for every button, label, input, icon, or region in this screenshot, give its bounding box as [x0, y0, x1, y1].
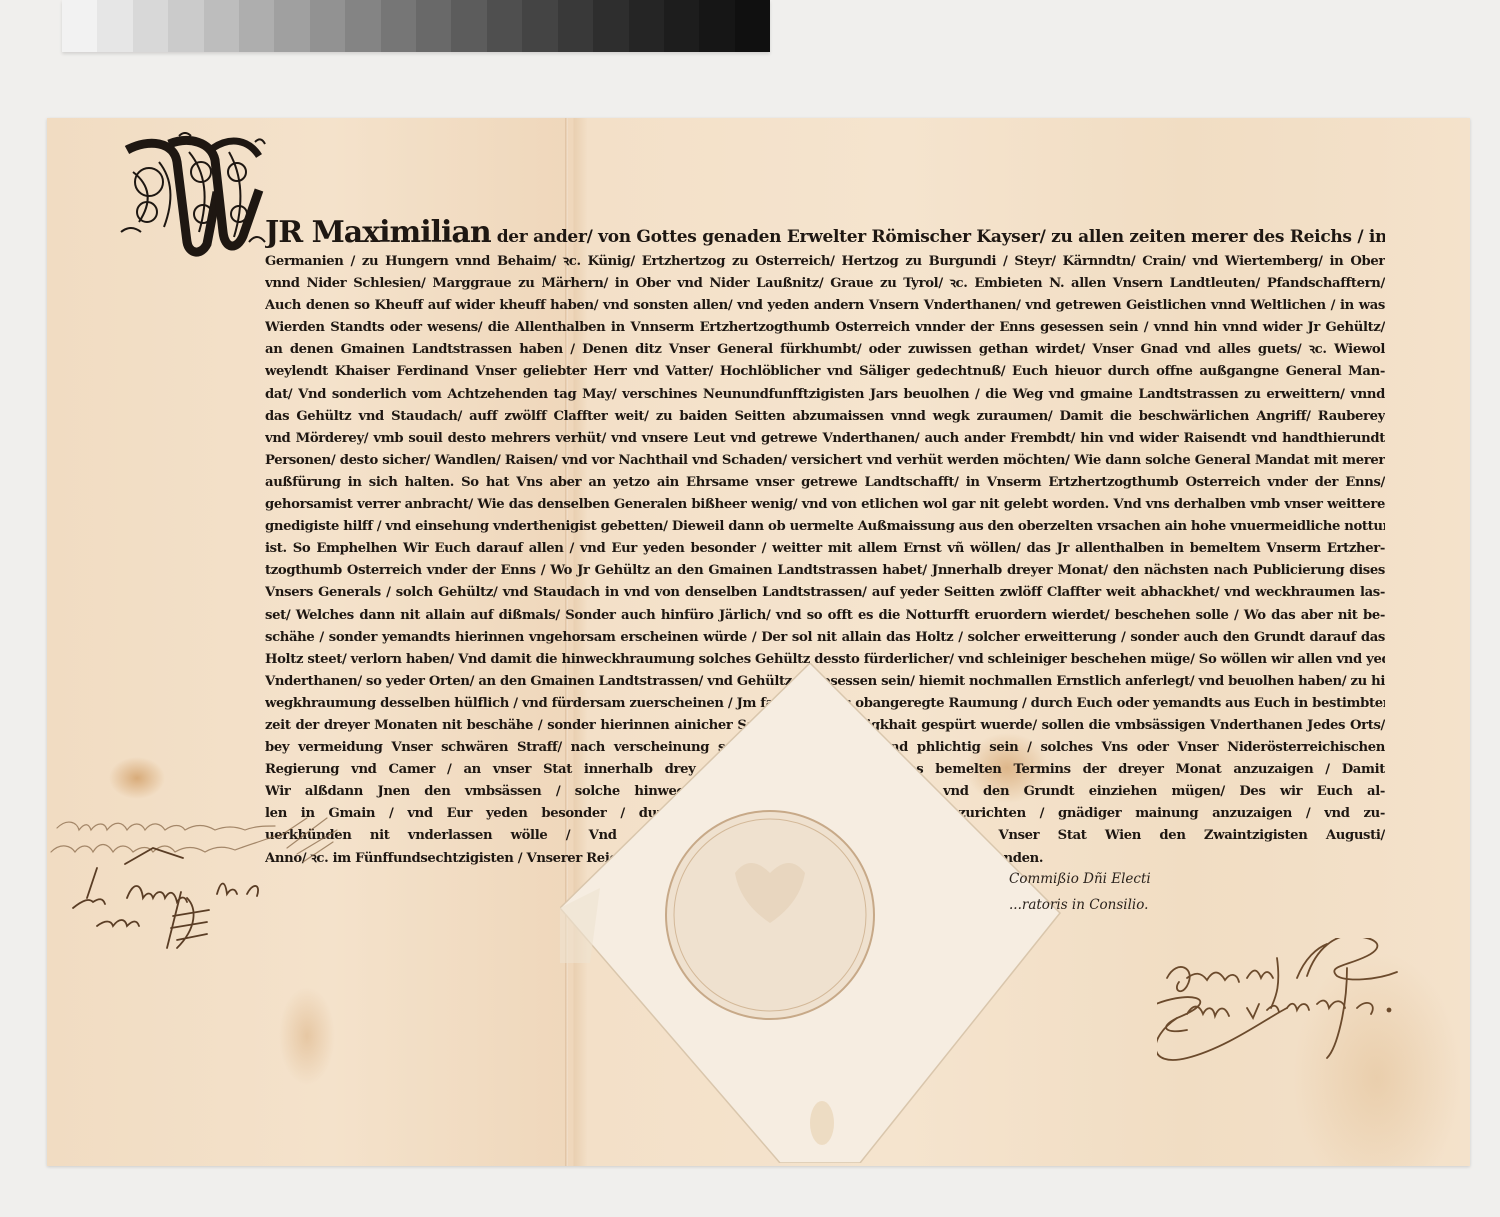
- text-line: vnnd Nider Schlesien/ Marggraue zu Märhe…: [265, 273, 1385, 295]
- seal-cover-flap: [560, 663, 1070, 1163]
- grayscale-calibration-strip: [62, 0, 770, 52]
- opening-line: JR Maximiliander ander/ von Gottes genad…: [265, 215, 1385, 251]
- signature-right: [1157, 938, 1457, 1088]
- text-line: dat/ Vnd sonderlich vom Achtzehenden tag…: [265, 384, 1385, 406]
- grayscale-step: [62, 0, 97, 52]
- text-line: Vnsers Generals / solch Gehültz/ vnd Sta…: [265, 582, 1385, 604]
- grayscale-step: [345, 0, 380, 52]
- commission-note: Commißio Dñi Electi ...ratoris in Consil…: [1009, 866, 1151, 918]
- text-line: ist. So Emphelhen Wir Euch darauf allen …: [265, 538, 1385, 560]
- grayscale-step: [310, 0, 345, 52]
- commission-line-2: ...ratoris in Consilio.: [1009, 892, 1151, 918]
- opening-words: JR Maximilian: [265, 215, 491, 250]
- grayscale-step: [451, 0, 486, 52]
- grayscale-step: [204, 0, 239, 52]
- grayscale-step: [735, 0, 770, 52]
- grayscale-step: [97, 0, 132, 52]
- grayscale-step: [593, 0, 628, 52]
- text-line: Auch denen so Kheuff auf wider kheuff ha…: [265, 295, 1385, 317]
- text-line: das Gehültz vnd Staudach/ auff zwölff Cl…: [265, 406, 1385, 428]
- text-line: schähe / sonder yemandts hierinnen vngeh…: [265, 627, 1385, 649]
- text-line: gehorsamist verrer anbracht/ Wie das den…: [265, 494, 1385, 516]
- text-line: tzogthumb Osterreich vnder der Enns / Wo…: [265, 560, 1385, 582]
- text-line: Wierden Standts oder wesens/ die Allenth…: [265, 317, 1385, 339]
- signature-left: [47, 798, 367, 968]
- grayscale-step: [416, 0, 451, 52]
- text-line: außfürung in sich halten. So hat Vns abe…: [265, 472, 1385, 494]
- grayscale-step: [558, 0, 593, 52]
- text-line: der ander/ von Gottes genaden Erwelter R…: [497, 227, 1385, 247]
- commission-line-1: Commißio Dñi Electi: [1009, 866, 1151, 892]
- grayscale-step: [239, 0, 274, 52]
- text-line: an denen Gmainen Landtstrassen haben / D…: [265, 339, 1385, 361]
- text-line: gnedigiste hilff / vnd einsehung vnderth…: [265, 516, 1385, 538]
- grayscale-step: [133, 0, 168, 52]
- document-sheet: JR Maximiliander ander/ von Gottes genad…: [47, 118, 1470, 1166]
- text-line: Personen/ desto sicher/ Wandlen/ Raisen/…: [265, 450, 1385, 472]
- grayscale-step: [168, 0, 203, 52]
- text-line: Germanien / zu Hungern vnnd Behaim/ ꝛc. …: [265, 251, 1385, 273]
- text-line: weylendt Khaiser Ferdinand Vnser geliebt…: [265, 361, 1385, 383]
- grayscale-step: [699, 0, 734, 52]
- grayscale-step: [629, 0, 664, 52]
- grayscale-step: [522, 0, 557, 52]
- grayscale-step: [487, 0, 522, 52]
- text-line: set/ Welches dann nit allain auf dißmals…: [265, 605, 1385, 627]
- grayscale-step: [664, 0, 699, 52]
- text-line: vnd Mörderey/ vmb souil desto mehrers ve…: [265, 428, 1385, 450]
- decorated-initial-w-icon: [119, 132, 269, 262]
- grayscale-step: [381, 0, 416, 52]
- grayscale-step: [274, 0, 309, 52]
